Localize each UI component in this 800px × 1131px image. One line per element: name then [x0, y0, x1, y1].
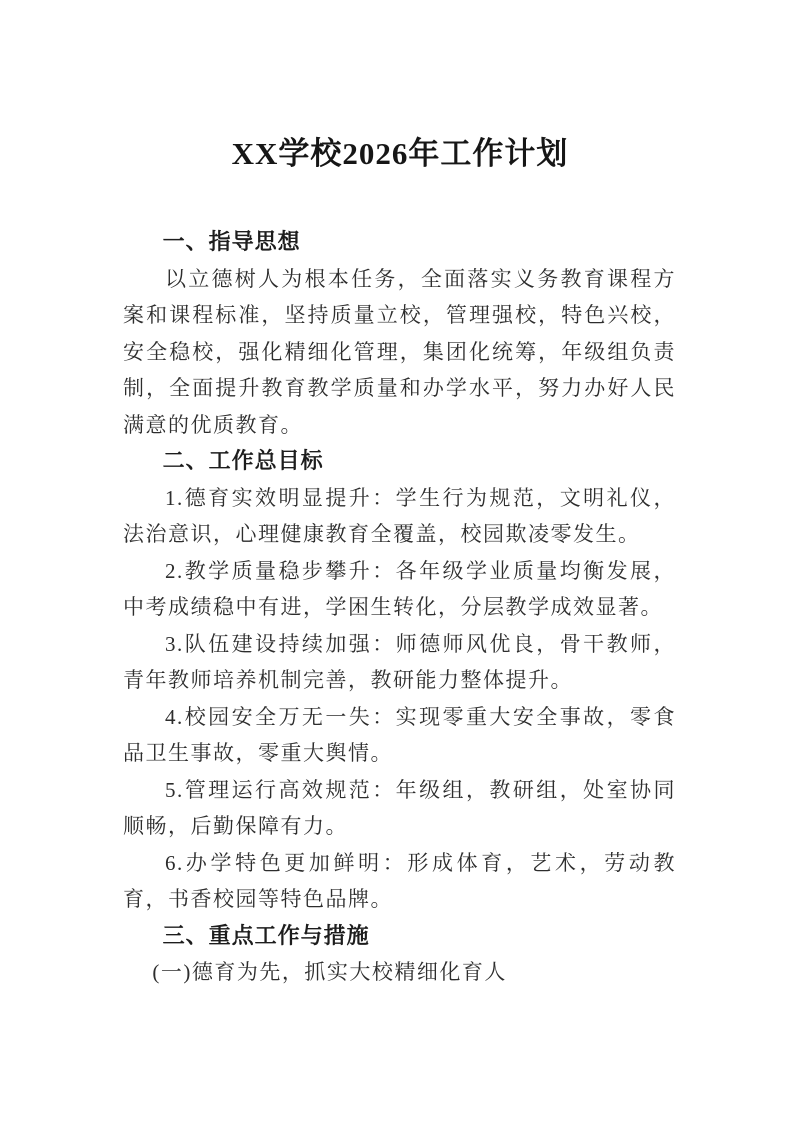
document-body: 一、指导思想 以立德树人为根本任务，全面落实义务教育课程方案和课程标准，坚持质量…	[123, 224, 676, 991]
goal-item-3: 3.队伍建设持续加强：师德师风优良，骨干教师，青年教师培养机制完善，教研能力整体…	[123, 626, 676, 699]
paragraph-guiding-ideology: 以立德树人为根本任务，全面落实义务教育课程方案和课程标准，坚持质量立校，管理强校…	[123, 261, 676, 444]
goal-item-1: 1.德育实效明显提升：学生行为规范，文明礼仪，法治意识，心理健康教育全覆盖，校园…	[123, 480, 676, 553]
goal-item-6: 6.办学特色更加鲜明：形成体育，艺术，劳动教育，书香校园等特色品牌。	[123, 845, 676, 918]
section-heading-overall-goals: 二、工作总目标	[123, 443, 676, 480]
goal-item-5: 5.管理运行高效规范：年级组，教研组，处室协同顺畅，后勤保障有力。	[123, 772, 676, 845]
goal-item-4: 4.校园安全万无一失：实现零重大安全事故，零食品卫生事故，零重大舆情。	[123, 699, 676, 772]
document-title: XX学校2026年工作计划	[0, 0, 800, 172]
document-page: XX学校2026年工作计划 一、指导思想 以立德树人为根本任务，全面落实义务教育…	[0, 0, 800, 1131]
subsection-heading-moral-education: (一)德育为先，抓实大校精细化育人	[123, 954, 676, 991]
section-heading-guiding-ideology: 一、指导思想	[123, 224, 676, 261]
section-heading-key-work-measures: 三、重点工作与措施	[123, 918, 676, 955]
goal-item-2: 2.教学质量稳步攀升：各年级学业质量均衡发展，中考成绩稳中有进，学困生转化，分层…	[123, 553, 676, 626]
